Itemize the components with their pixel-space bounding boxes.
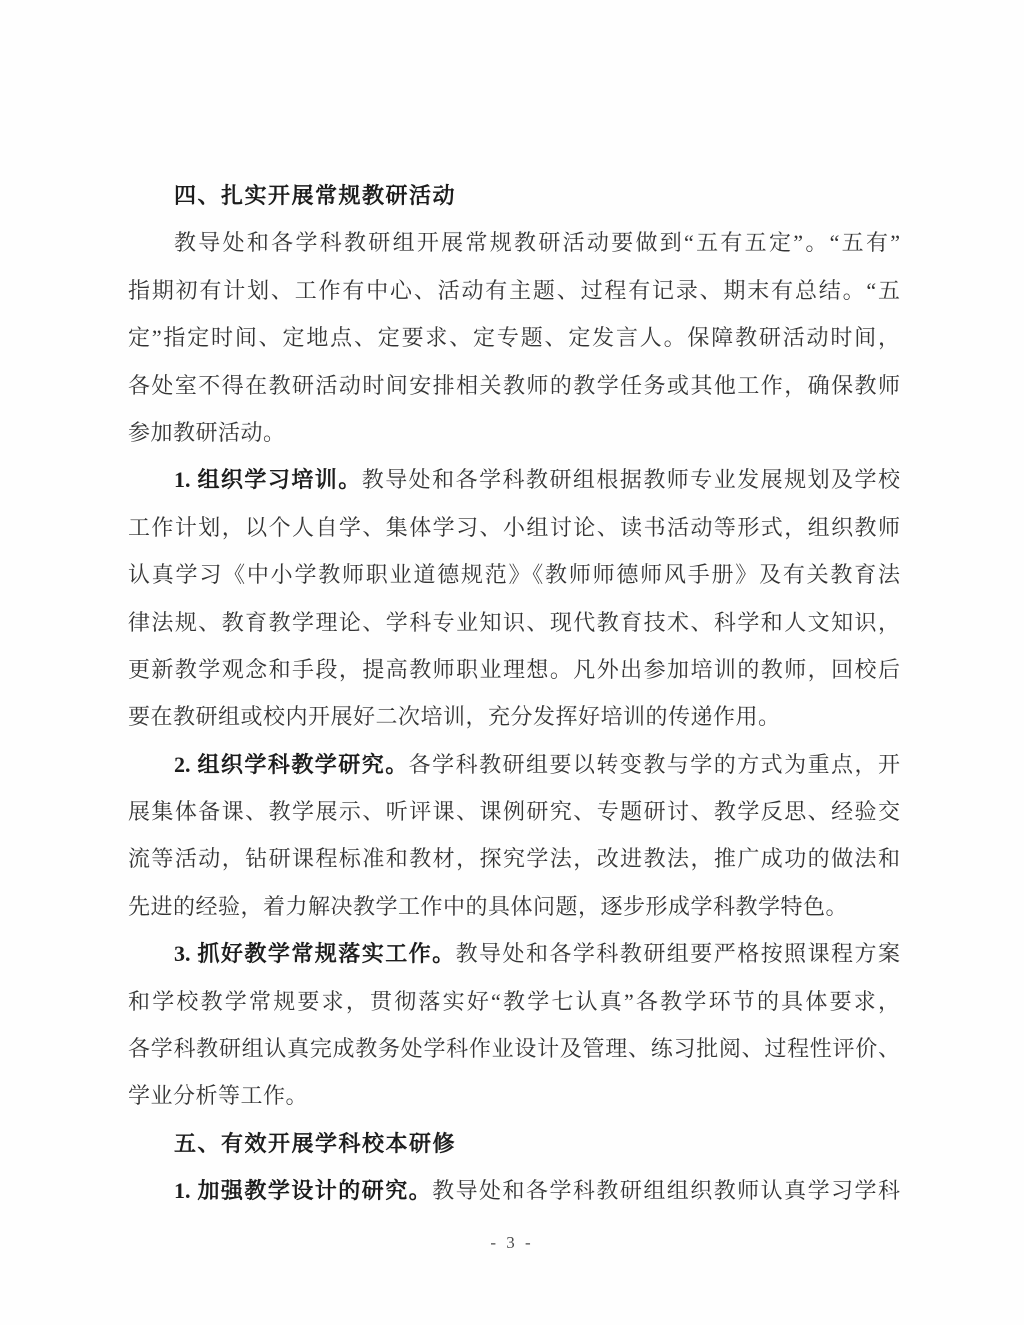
text-line: 各学科教研组认真完成教务处学科作业设计及管理、练习批阅、过程性评价、 (128, 1025, 900, 1072)
text-segment: 各学科教研组要以转变教与学的方式为重点，开 (409, 752, 900, 777)
text-line: 定”指定时间、定地点、定要求、定专题、定发言人。保障教研活动时间， (128, 314, 900, 361)
text-segment: 参加教研活动。 (128, 420, 286, 445)
text-segment: 教导处和各学科教研组根据教师专业发展规划及学校 (362, 467, 900, 492)
text-segment: 认真学习《中小学教师职业道德规范》《教师师德师风手册》及有关教育法 (128, 562, 900, 587)
text-segment: 展集体备课、教学展示、听评课、课例研究、专题研讨、教学反思、经验交 (128, 799, 900, 824)
text-line: 教导处和各学科教研组开展常规教研活动要做到“五有五定”。“五有” (128, 219, 900, 266)
page-number: - 3 - (0, 1233, 1024, 1253)
emphasized-text-segment: 五、有效开展学科校本研修 (174, 1131, 456, 1156)
emphasized-text-segment: 1. 加强教学设计的研究。 (174, 1178, 432, 1203)
text-segment: 先进的经验，着力解决教学工作中的具体问题，逐步形成学科教学特色。 (128, 894, 848, 919)
emphasized-text-segment: 四、扎实开展常规教研活动 (174, 183, 456, 208)
text-line: 各处室不得在教研活动时间安排相关教师的教学任务或其他工作，确保教师 (128, 362, 900, 409)
text-line: 1. 加强教学设计的研究。教导处和各学科教研组组织教师认真学习学科 (128, 1167, 900, 1214)
text-segment: 教导处和各学科教研组开展常规教研活动要做到“五有五定”。“五有” (174, 230, 900, 255)
text-line: 要在教研组或校内开展好二次培训，充分发挥好培训的传递作用。 (128, 693, 900, 740)
text-line: 更新教学观念和手段，提高教师职业理想。凡外出参加培训的教师，回校后 (128, 646, 900, 693)
text-segment: 各学科教研组认真完成教务处学科作业设计及管理、练习批阅、过程性评价、 (128, 1036, 900, 1061)
section-heading: 四、扎实开展常规教研活动 (128, 172, 900, 219)
text-segment: 指期初有计划、工作有中心、活动有主题、过程有记录、期末有总结。“五 (128, 278, 900, 303)
emphasized-text-segment: 3. 抓好教学常规落实工作。 (174, 941, 456, 966)
text-line: 和学校教学常规要求，贯彻落实好“教学七认真”各教学环节的具体要求， (128, 978, 900, 1025)
emphasized-text-segment: 2. 组织学科教学研究。 (174, 752, 409, 777)
text-line: 参加教研活动。 (128, 409, 900, 456)
text-line: 工作计划，以个人自学、集体学习、小组讨论、读书活动等形式，组织教师 (128, 504, 900, 551)
text-segment: 工作计划，以个人自学、集体学习、小组讨论、读书活动等形式，组织教师 (128, 515, 900, 540)
text-segment: 流等活动，钻研课程标准和教材，探究学法，改进教法，推广成功的做法和 (128, 846, 900, 871)
text-line: 流等活动，钻研课程标准和教材，探究学法，改进教法，推广成功的做法和 (128, 835, 900, 882)
document-page: 四、扎实开展常规教研活动教导处和各学科教研组开展常规教研活动要做到“五有五定”。… (0, 0, 1024, 1325)
text-line: 律法规、教育教学理论、学科专业知识、现代教育技术、科学和人文知识， (128, 599, 900, 646)
text-line: 1. 组织学习培训。教导处和各学科教研组根据教师专业发展规划及学校 (128, 456, 900, 503)
document-lines: 四、扎实开展常规教研活动教导处和各学科教研组开展常规教研活动要做到“五有五定”。… (128, 172, 900, 1215)
text-segment: 律法规、教育教学理论、学科专业知识、现代教育技术、科学和人文知识， (128, 610, 900, 635)
text-segment: 要在教研组或校内开展好二次培训，充分发挥好培训的传递作用。 (128, 704, 781, 729)
text-line: 学业分析等工作。 (128, 1072, 900, 1119)
text-line: 3. 抓好教学常规落实工作。教导处和各学科教研组要严格按照课程方案 (128, 930, 900, 977)
text-segment: 学业分析等工作。 (128, 1083, 308, 1108)
text-line: 先进的经验，着力解决教学工作中的具体问题，逐步形成学科教学特色。 (128, 883, 900, 930)
text-line: 展集体备课、教学展示、听评课、课例研究、专题研讨、教学反思、经验交 (128, 788, 900, 835)
text-line: 指期初有计划、工作有中心、活动有主题、过程有记录、期末有总结。“五 (128, 267, 900, 314)
text-segment: 定”指定时间、定地点、定要求、定专题、定发言人。保障教研活动时间， (128, 325, 900, 350)
section-heading: 五、有效开展学科校本研修 (128, 1120, 900, 1167)
emphasized-text-segment: 1. 组织学习培训。 (174, 467, 362, 492)
text-segment: 和学校教学常规要求，贯彻落实好“教学七认真”各教学环节的具体要求， (128, 989, 900, 1014)
text-line: 2. 组织学科教学研究。各学科教研组要以转变教与学的方式为重点，开 (128, 741, 900, 788)
text-line: 认真学习《中小学教师职业道德规范》《教师师德师风手册》及有关教育法 (128, 551, 900, 598)
text-segment: 更新教学观念和手段，提高教师职业理想。凡外出参加培训的教师，回校后 (128, 657, 900, 682)
text-segment: 教导处和各学科教研组组织教师认真学习学科 (432, 1178, 900, 1203)
text-segment: 教导处和各学科教研组要严格按照课程方案 (456, 941, 900, 966)
text-segment: 各处室不得在教研活动时间安排相关教师的教学任务或其他工作，确保教师 (128, 373, 900, 398)
